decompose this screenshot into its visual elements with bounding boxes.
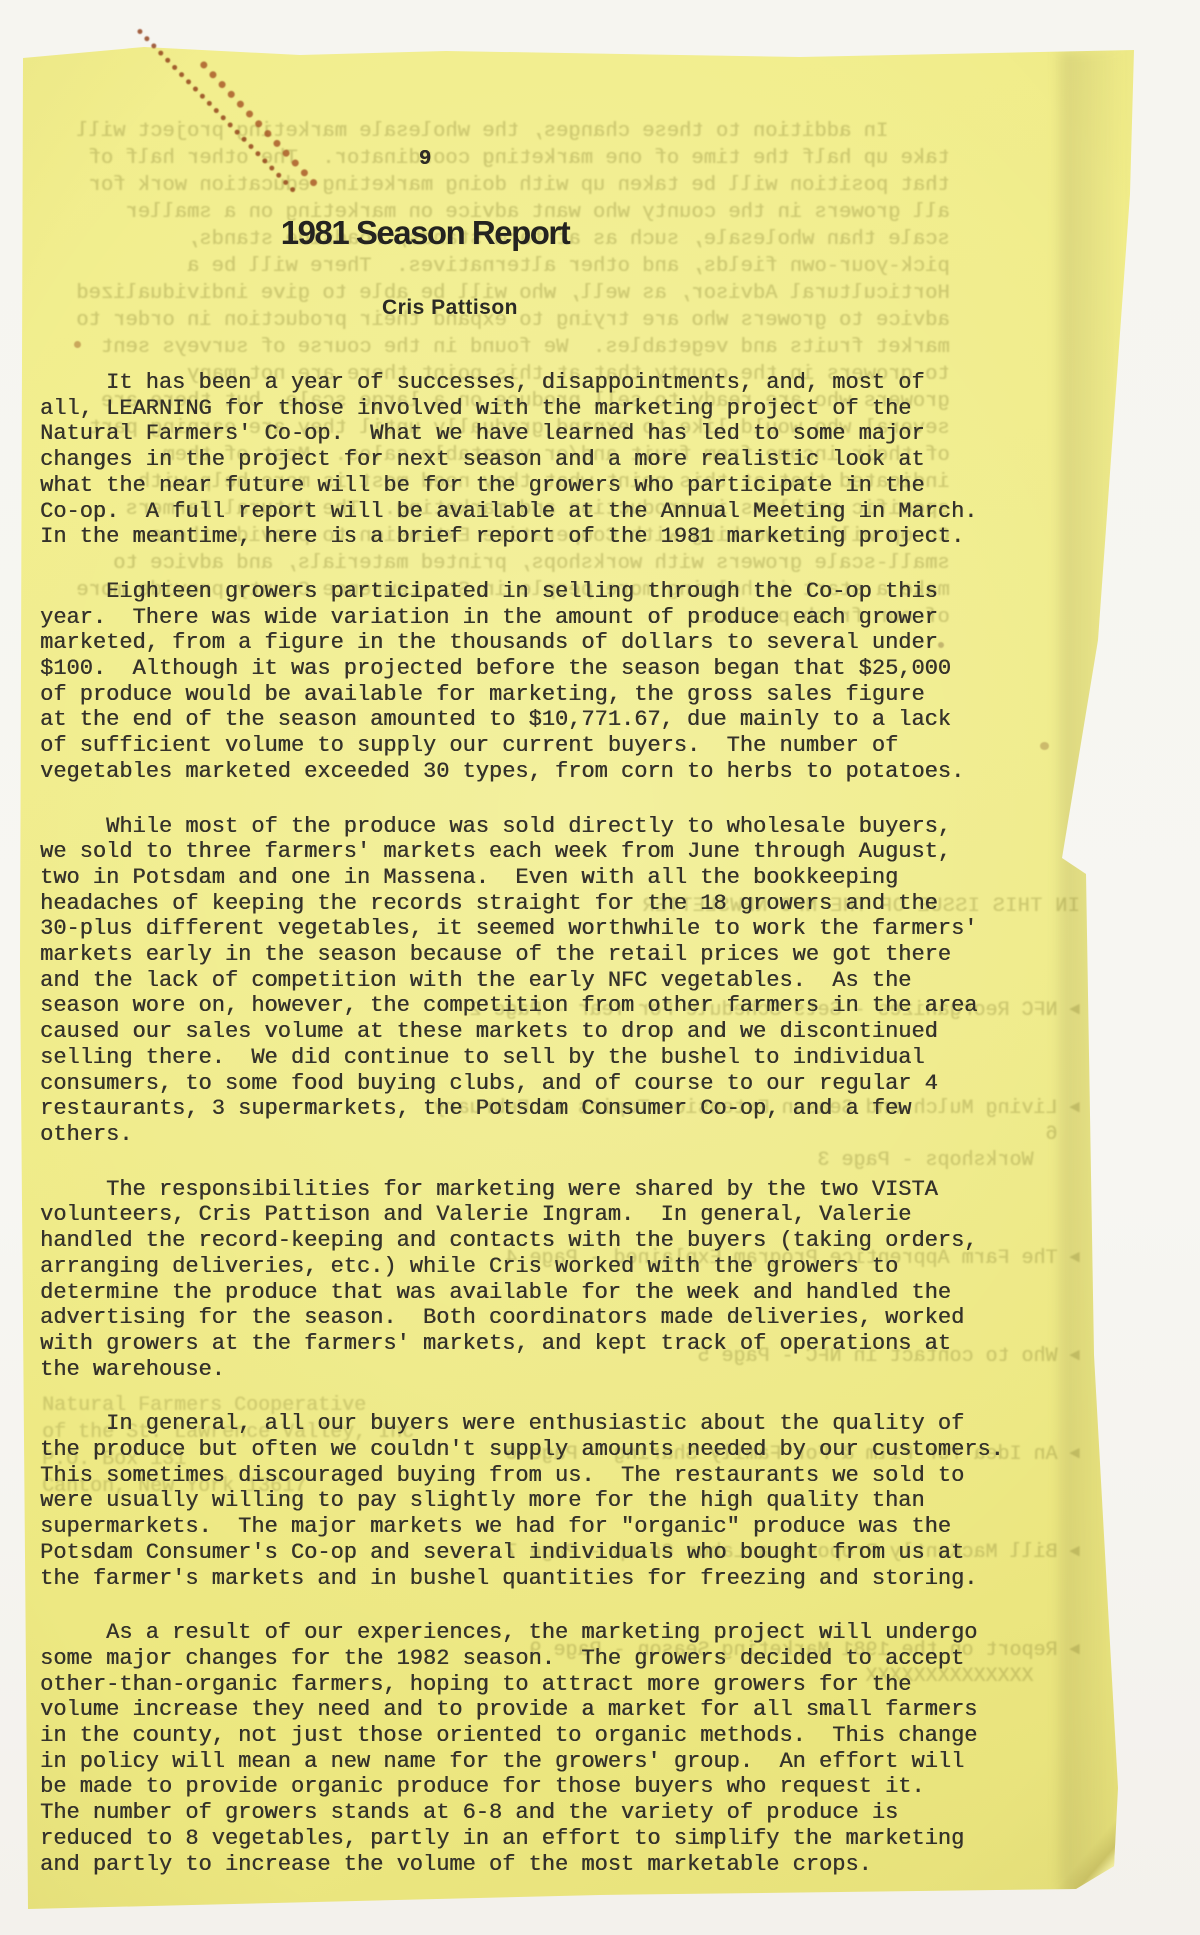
document-scan: In addition to these changes, the wholes…	[0, 0, 1200, 1935]
paper-speck	[1040, 742, 1049, 750]
rust-stain	[136, 28, 296, 193]
rust-stain	[199, 60, 319, 188]
stain-layer	[0, 0, 1200, 1935]
paper-speck	[74, 341, 81, 348]
paper-speck	[938, 642, 944, 648]
